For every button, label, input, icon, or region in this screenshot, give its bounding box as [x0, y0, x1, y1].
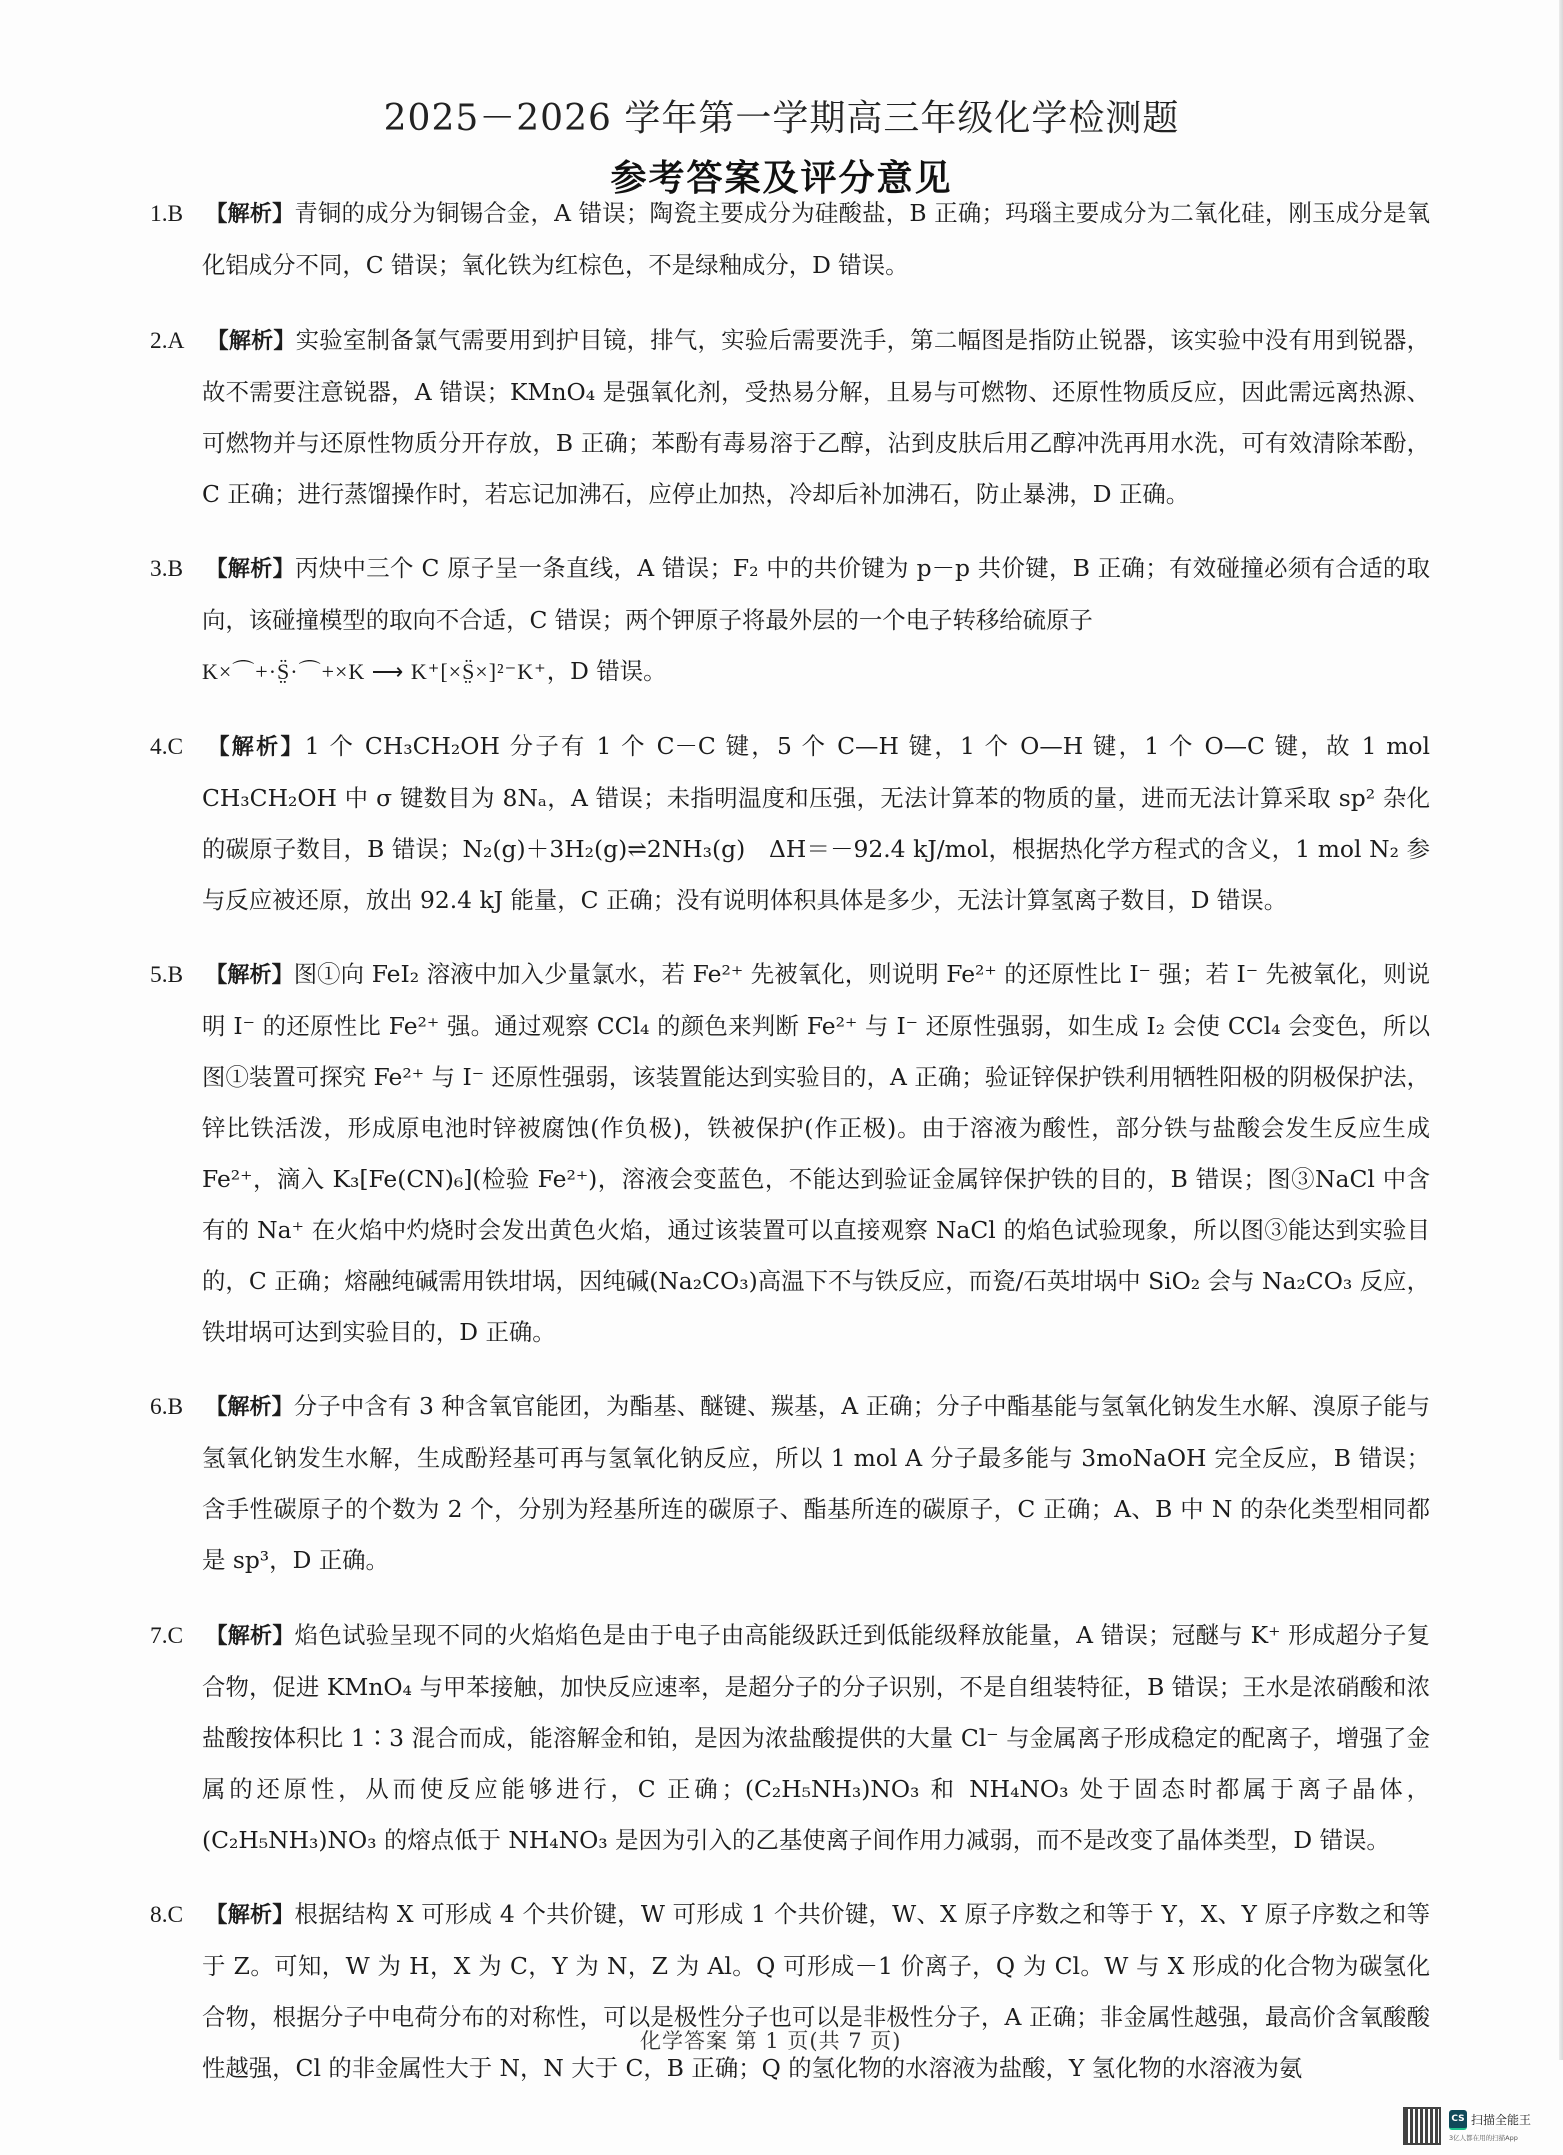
analysis-tag: 【解析】 — [205, 735, 305, 760]
answer-number: 3.B — [150, 556, 183, 582]
answer-item-8: 8.C【解析】根据结构 X 可形成 4 个共价键，W 可形成 1 个共价键，W、… — [150, 1889, 1430, 2094]
scanner-watermark: CS 扫描全能王 3亿人都在用的扫描App — [1403, 2103, 1563, 2148]
answer-number: 5.B — [150, 962, 183, 988]
scanner-brand-block: CS 扫描全能王 3亿人都在用的扫描App — [1449, 2110, 1531, 2142]
answer-item-6: 6.B【解析】分子中含有 3 种含氧官能团，为酯基、醚键、羰基，A 正确；分子中… — [150, 1381, 1430, 1586]
analysis-tag: 【解析】 — [205, 202, 294, 227]
page-footer: 化学答案 第 1 页(共 7 页) — [640, 2025, 901, 2055]
answer-number: 7.C — [150, 1623, 183, 1649]
answer-number: 1.B — [150, 201, 183, 227]
page-edge-shadow — [1559, 0, 1563, 2060]
answer-text: 焰色试验呈现不同的火焰焰色是由于电子由高能级跃迁到低能级释放能量，A 错误；冠醚… — [202, 1621, 1430, 1854]
answer-list: 1.B【解析】青铜的成分为铜锡合金，A 错误；陶瓷主要成分为硅酸盐，B 正确；玛… — [150, 165, 1430, 2097]
qr-code-icon — [1403, 2107, 1441, 2145]
answer-item-7: 7.C【解析】焰色试验呈现不同的火焰焰色是由于电子由高能级跃迁到低能级释放能量，… — [150, 1610, 1430, 1866]
answer-number: 6.B — [150, 1394, 183, 1420]
answer-text: 分子中含有 3 种含氧官能团，为酯基、醚键、羰基，A 正确；分子中酯基能与氢氧化… — [202, 1392, 1430, 1574]
lewis-electron-formula: K×⌒+·S̤̈·⌒+×K ⟶ K⁺[×S̤̈×]²⁻K⁺ — [202, 659, 547, 684]
camscanner-logo-icon: CS — [1449, 2110, 1467, 2130]
answer-text: 图①向 FeI₂ 溶液中加入少量氯水，若 Fe²⁺ 先被氧化，则说明 Fe²⁺ … — [202, 960, 1430, 1346]
answer-item-5: 5.B【解析】图①向 FeI₂ 溶液中加入少量氯水，若 Fe²⁺ 先被氧化，则说… — [150, 949, 1430, 1358]
answer-text: 1 个 CH₃CH₂OH 分子有 1 个 C－C 键，5 个 C—H 键，1 个… — [202, 732, 1430, 914]
analysis-tag: 【解析】 — [205, 963, 294, 988]
answer-number: 4.C — [150, 734, 183, 760]
answer-text: 青铜的成分为铜锡合金，A 错误；陶瓷主要成分为硅酸盐，B 正确；玛瑙主要成分为二… — [202, 199, 1430, 279]
answer-item-3: 3.B【解析】丙炔中三个 C 原子呈一条直线，A 错误；F₂ 中的共价键为 p－… — [150, 543, 1430, 697]
document-title: 2025－2026 学年第一学期高三年级化学检测题 — [0, 90, 1563, 141]
answer-number: 8.C — [150, 1902, 183, 1928]
analysis-tag: 【解析】 — [205, 1395, 294, 1420]
analysis-tag: 【解析】 — [206, 329, 295, 354]
answer-number: 2.A — [150, 328, 184, 354]
analysis-tag: 【解析】 — [205, 557, 295, 582]
scanned-page: 2025－2026 学年第一学期高三年级化学检测题 参考答案及评分意见 1.B【… — [0, 0, 1563, 2155]
analysis-tag: 【解析】 — [205, 1903, 294, 1928]
answer-text-tail: ，D 错误。 — [547, 657, 667, 685]
answer-text: 丙炔中三个 C 原子呈一条直线，A 错误；F₂ 中的共价键为 p－p 共价键，B… — [202, 554, 1430, 634]
scanner-brand-name: 扫描全能王 — [1471, 2111, 1531, 2128]
answer-item-4: 4.C【解析】1 个 CH₃CH₂OH 分子有 1 个 C－C 键，5 个 C—… — [150, 721, 1430, 926]
scanner-slogan: 3亿人都在用的扫描App — [1449, 2133, 1531, 2142]
answer-item-2: 2.A【解析】实验室制备氯气需要用到护目镜，排气，实验后需要洗手，第二幅图是指防… — [150, 315, 1430, 520]
analysis-tag: 【解析】 — [205, 1624, 294, 1649]
answer-item-1: 1.B【解析】青铜的成分为铜锡合金，A 错误；陶瓷主要成分为硅酸盐，B 正确；玛… — [150, 188, 1430, 291]
answer-text: 实验室制备氯气需要用到护目镜，排气，实验后需要洗手，第二幅图是指防止锐器，该实验… — [202, 326, 1430, 508]
